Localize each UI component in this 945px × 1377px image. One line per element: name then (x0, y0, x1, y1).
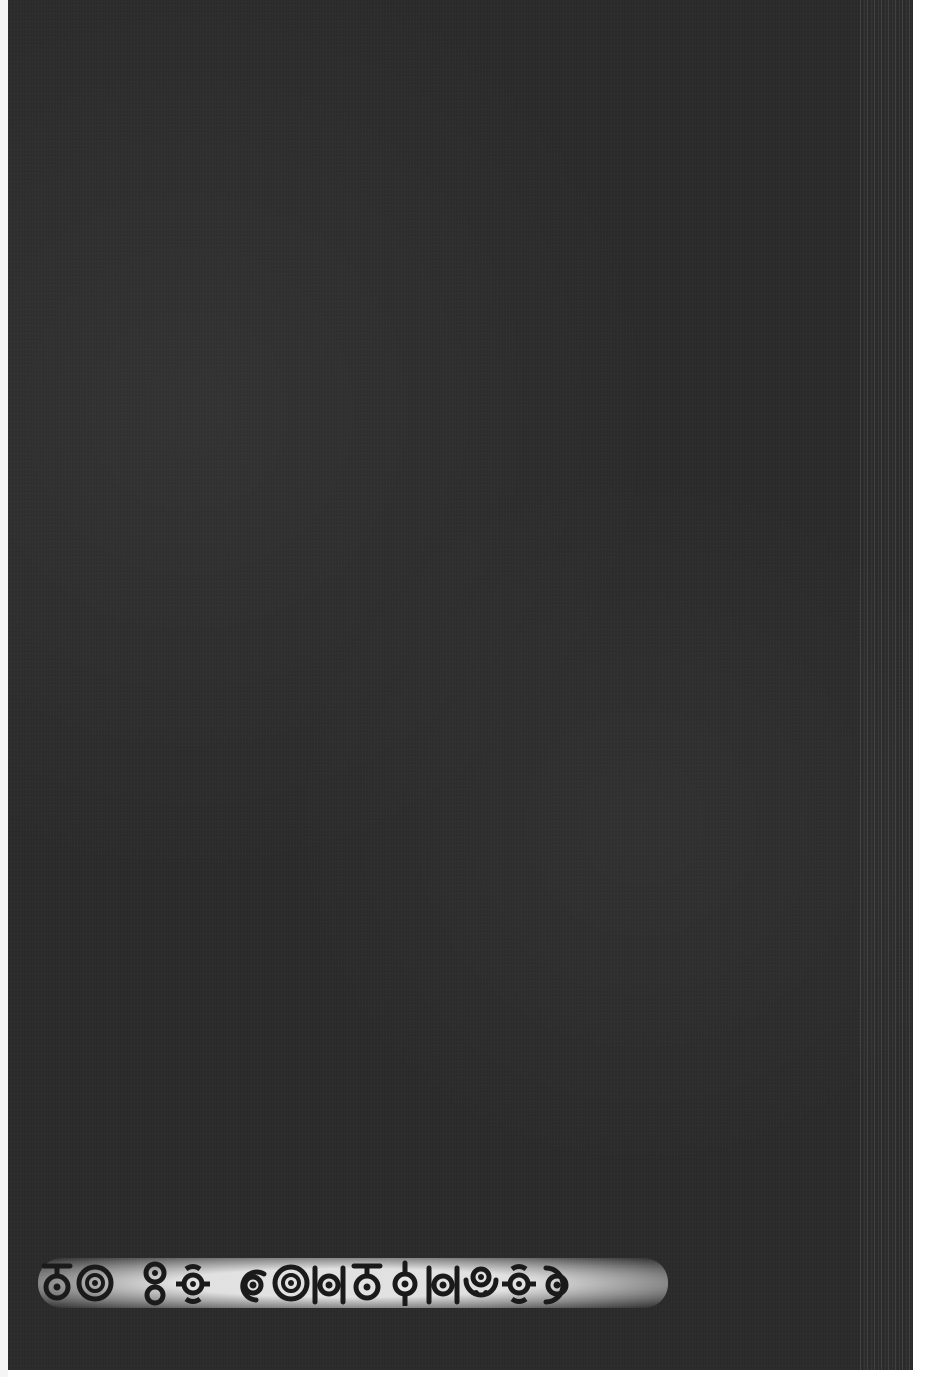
unown-t-glyph-icon (38, 1260, 76, 1306)
unown-e-glyph-icon (174, 1260, 212, 1306)
unown-n-glyph-icon (310, 1260, 348, 1306)
unown-o-glyph-icon (272, 1260, 310, 1306)
to-be-continued-caption: TO BE CONTINUED (38, 1258, 668, 1308)
unown-b-glyph-icon (136, 1260, 174, 1306)
dark-page-background (8, 0, 913, 1370)
unown-glyph-row (38, 1260, 576, 1306)
unown-o-glyph-icon (76, 1260, 114, 1306)
unown-e-glyph-icon (500, 1260, 538, 1306)
unown-c-glyph-icon (234, 1260, 272, 1306)
unown-n-glyph-icon (424, 1260, 462, 1306)
unown-d-glyph-icon (538, 1260, 576, 1306)
unown-t-glyph-icon (348, 1260, 386, 1306)
stacked-page-edges (860, 0, 915, 1370)
scan-left-margin (0, 0, 8, 1377)
unown-u-glyph-icon (462, 1260, 500, 1306)
unown-i-glyph-icon (386, 1260, 424, 1306)
